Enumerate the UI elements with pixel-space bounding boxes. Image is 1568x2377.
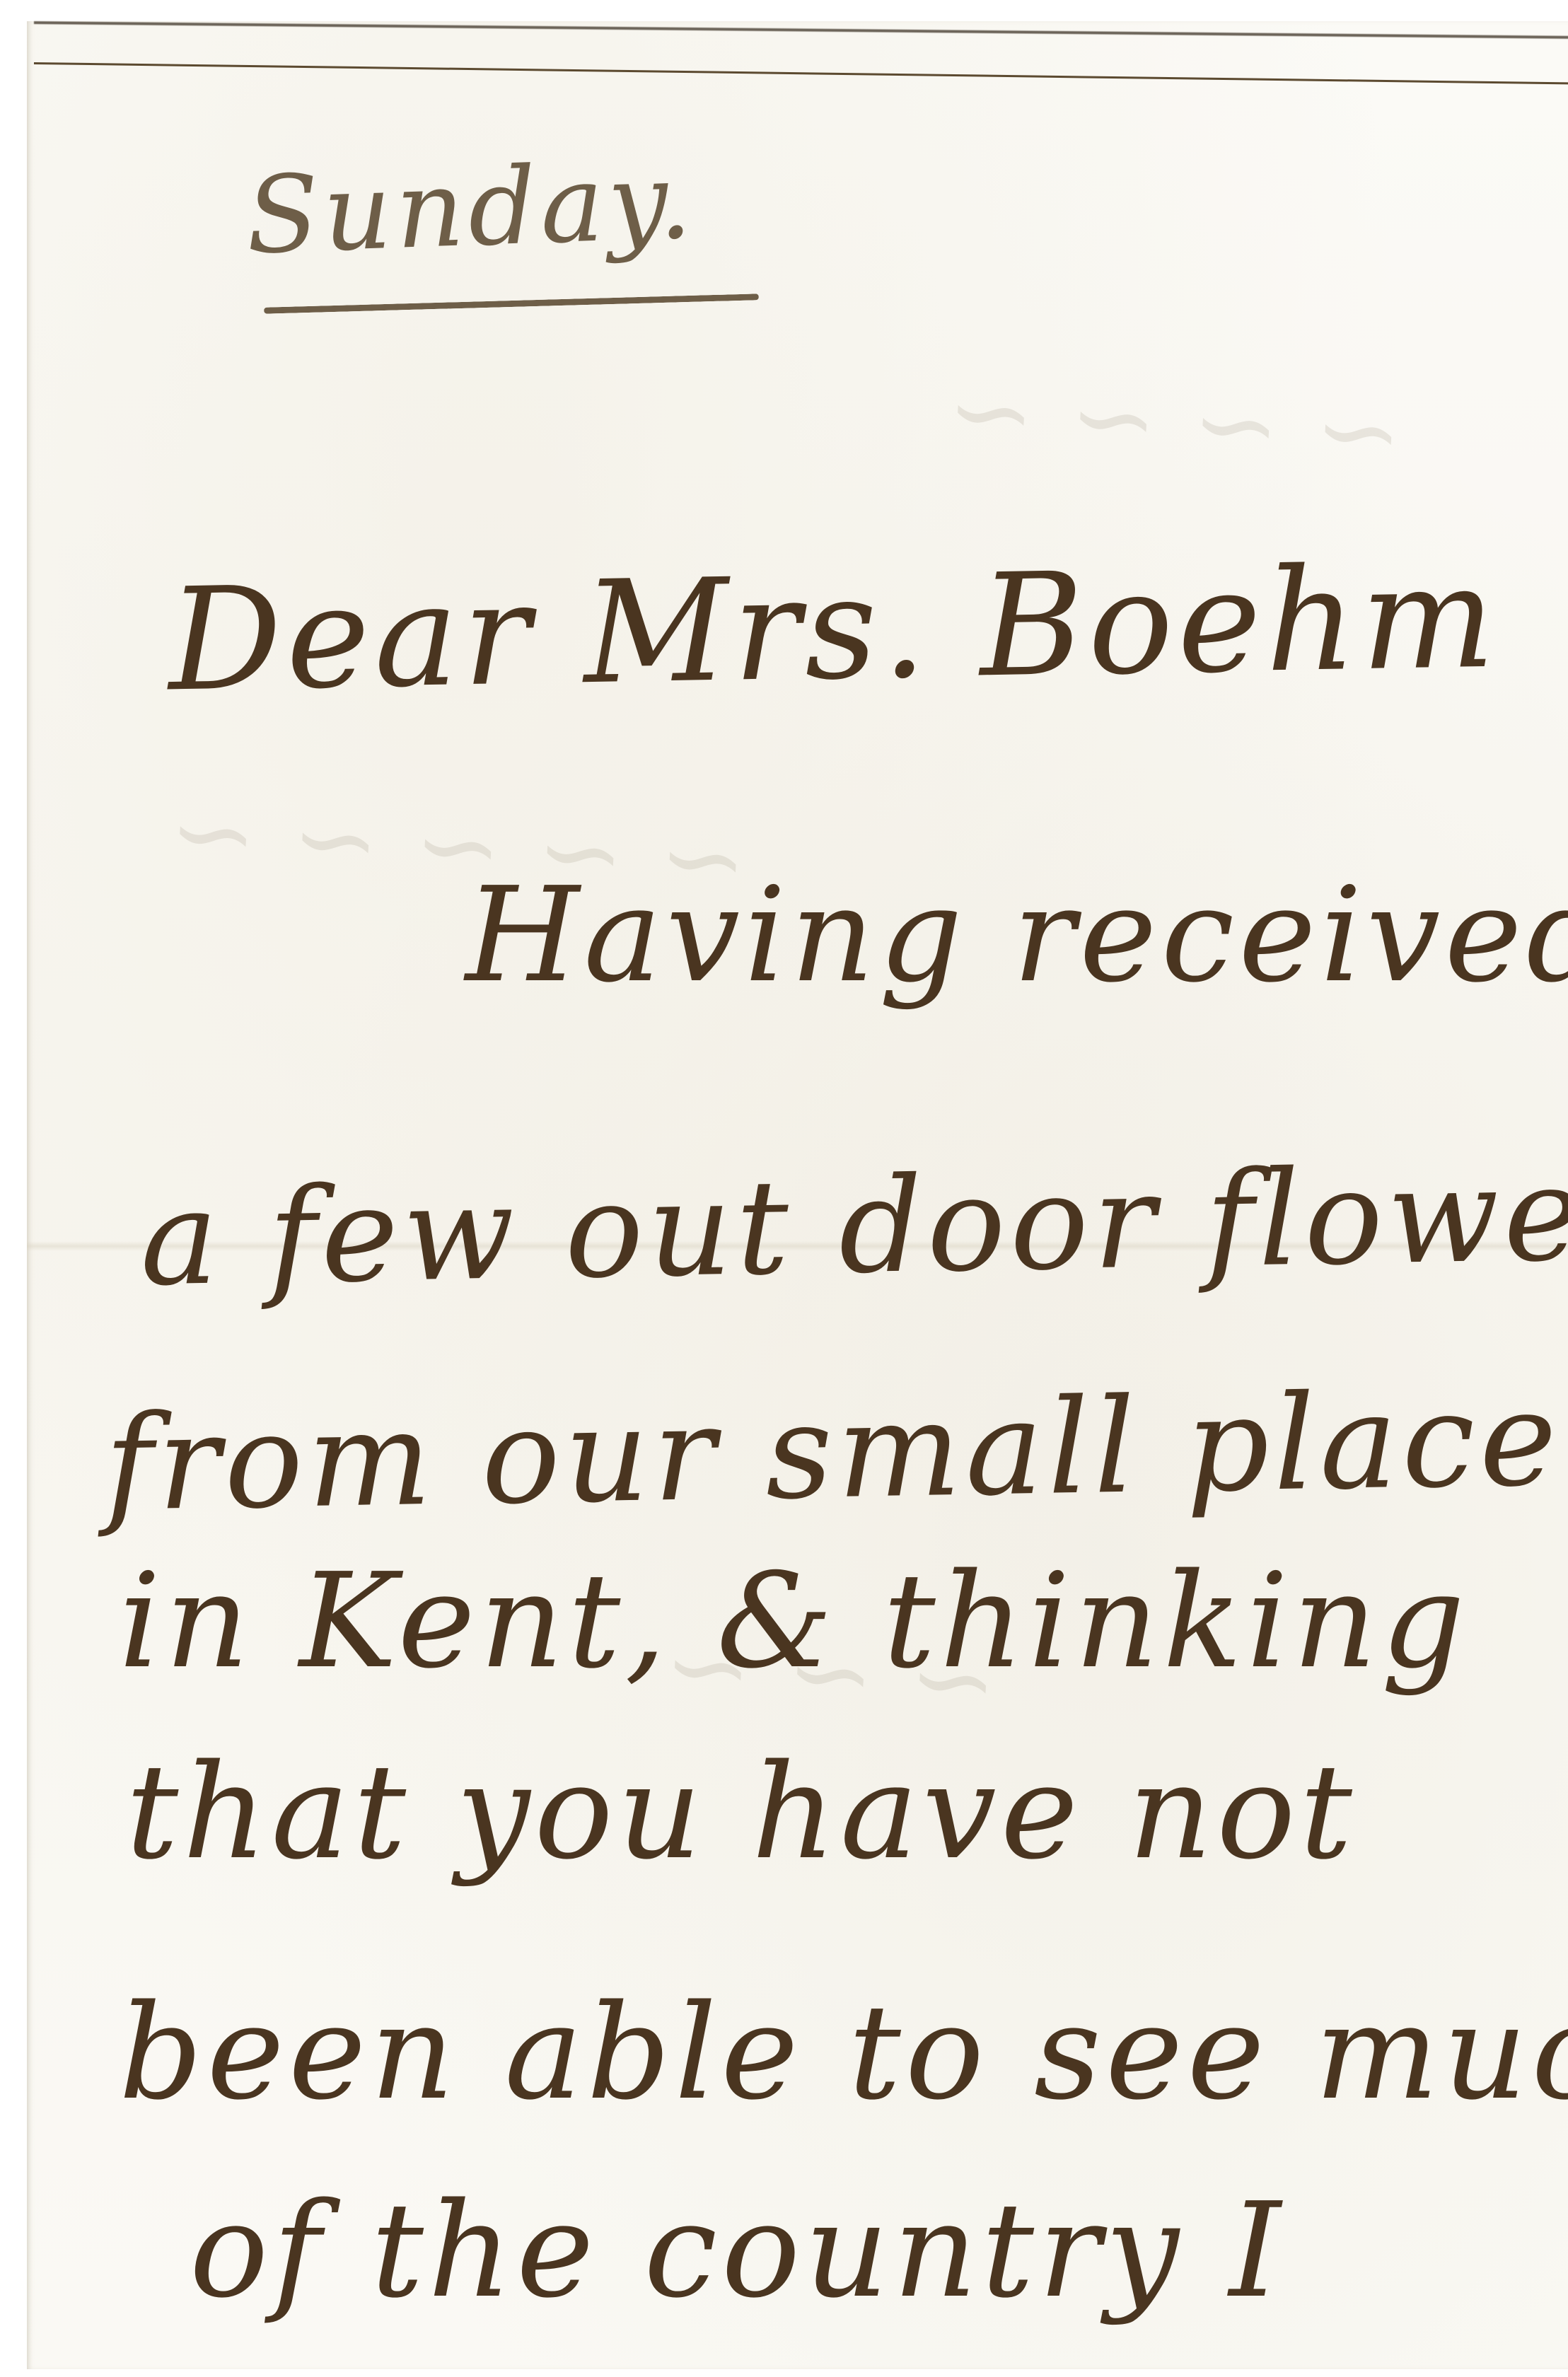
dateline-underline [264, 294, 759, 314]
body-line: been able to see much [119, 1987, 1568, 2118]
body-line: that you have not [126, 1747, 1357, 1878]
show-through-text: ~ ~ ~ ~ [943, 349, 1406, 496]
salutation: Dear Mrs. Boehm [167, 547, 1500, 712]
body-line: Having received [465, 870, 1568, 1001]
dateline: Sunday. [245, 148, 698, 269]
body-line: from our small place [104, 1373, 1562, 1530]
body-line: in Kent, & thinking [119, 1556, 1469, 1687]
top-ruled-line [34, 62, 1568, 84]
body-line: a few out door flowers [139, 1146, 1568, 1304]
deckled-top-edge [34, 21, 1568, 52]
letter-page: ~ ~ ~ ~ ~ ~ ~ ~ ~ ~ ~ ~ Sunday. Dear Mrs… [27, 21, 1568, 2369]
body-line: of the country I [190, 2185, 1285, 2316]
